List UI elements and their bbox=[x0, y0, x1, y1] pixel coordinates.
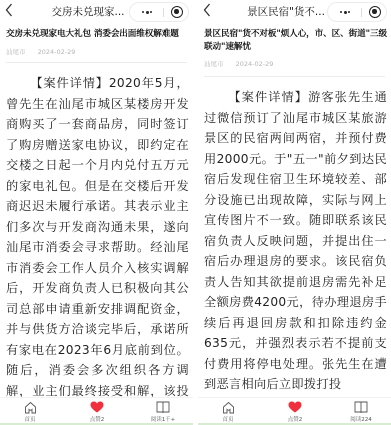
bottom-bar: 首页 点赞2 阅读1千+ bbox=[0, 397, 193, 423]
more-button[interactable] bbox=[137, 3, 157, 21]
more-dots-icon bbox=[142, 11, 144, 13]
nav-bar: 景区民宿"货不... bbox=[198, 0, 391, 26]
book-icon bbox=[354, 401, 368, 413]
like-label: 点赞2 bbox=[270, 415, 320, 423]
home-label: 首页 bbox=[203, 415, 253, 423]
home-label: 首页 bbox=[5, 415, 55, 423]
more-button[interactable] bbox=[335, 3, 355, 21]
home-icon bbox=[222, 401, 235, 414]
target-circle-icon[interactable] bbox=[369, 6, 381, 18]
heart-icon bbox=[288, 401, 302, 413]
like-tab[interactable]: 点赞2 bbox=[270, 400, 320, 423]
more-dots-icon bbox=[340, 11, 342, 13]
nav-bar: 交房未兑现家... bbox=[0, 0, 193, 26]
bottom-bar: 首页 点赞2 阅读224 bbox=[198, 397, 391, 423]
read-count-label: 阅读224 bbox=[336, 415, 386, 423]
back-button[interactable] bbox=[5, 3, 17, 19]
article-city: 汕尾市 bbox=[6, 48, 26, 56]
like-tab[interactable]: 点赞2 bbox=[72, 400, 122, 423]
home-icon bbox=[24, 401, 37, 414]
article-body: 【案件详情】2020年5月，曾先生在汕尾市城区某楼房开发商购买了一套商品房，同时… bbox=[6, 73, 189, 422]
read-count-tab[interactable]: 阅读224 bbox=[336, 400, 386, 423]
divider-line bbox=[204, 76, 385, 77]
target-circle-icon[interactable] bbox=[171, 6, 183, 18]
article-city: 汕尾市 bbox=[204, 60, 224, 68]
mini-program-capsule bbox=[327, 2, 387, 22]
chevron-left-icon bbox=[203, 3, 211, 17]
mini-program-capsule bbox=[129, 2, 189, 22]
capsule-divider bbox=[361, 8, 362, 17]
like-label: 点赞2 bbox=[72, 415, 122, 423]
heart-icon bbox=[90, 401, 104, 413]
read-count-label: 阅读1千+ bbox=[138, 415, 188, 423]
article-title: 景区民宿"货不对板"烦人心，市、区、街道"三级联动"速解忧 bbox=[204, 28, 387, 53]
article-meta: 汕尾市 2024-02-29 bbox=[6, 47, 75, 56]
article-date: 2024-02-29 bbox=[236, 60, 274, 68]
back-button[interactable] bbox=[203, 3, 215, 19]
home-tab[interactable]: 首页 bbox=[5, 400, 55, 423]
article-title: 交房未兑现家电大礼包 消委会出面维权解难题 bbox=[6, 28, 189, 41]
chevron-left-icon bbox=[5, 3, 13, 17]
nav-title: 交房未兑现家... bbox=[38, 4, 138, 19]
home-tab[interactable]: 首页 bbox=[203, 400, 253, 423]
book-icon bbox=[156, 401, 170, 413]
screens: 交房未兑现家... 交房未兑现家电大礼包 消委会出面维权解难题 汕尾市 2024… bbox=[0, 0, 391, 425]
article-screen-1: 交房未兑现家... 交房未兑现家电大礼包 消委会出面维权解难题 汕尾市 2024… bbox=[0, 0, 193, 425]
divider-line bbox=[6, 62, 187, 63]
nav-title: 景区民宿"货不... bbox=[236, 4, 336, 19]
article-meta: 汕尾市 2024-02-29 bbox=[204, 59, 273, 68]
article-screen-2: 景区民宿"货不... 景区民宿"货不对板"烦人心，市、区、街道"三级联动"速解忧… bbox=[198, 0, 391, 425]
capsule-divider bbox=[163, 8, 164, 17]
article-body: 【案件详情】游客张先生通过微信预订了汕尾市城区某旅游景区的民宿两间两宿，并预付费… bbox=[204, 87, 387, 395]
read-count-tab[interactable]: 阅读1千+ bbox=[138, 400, 188, 423]
article-date: 2024-02-29 bbox=[38, 48, 76, 56]
